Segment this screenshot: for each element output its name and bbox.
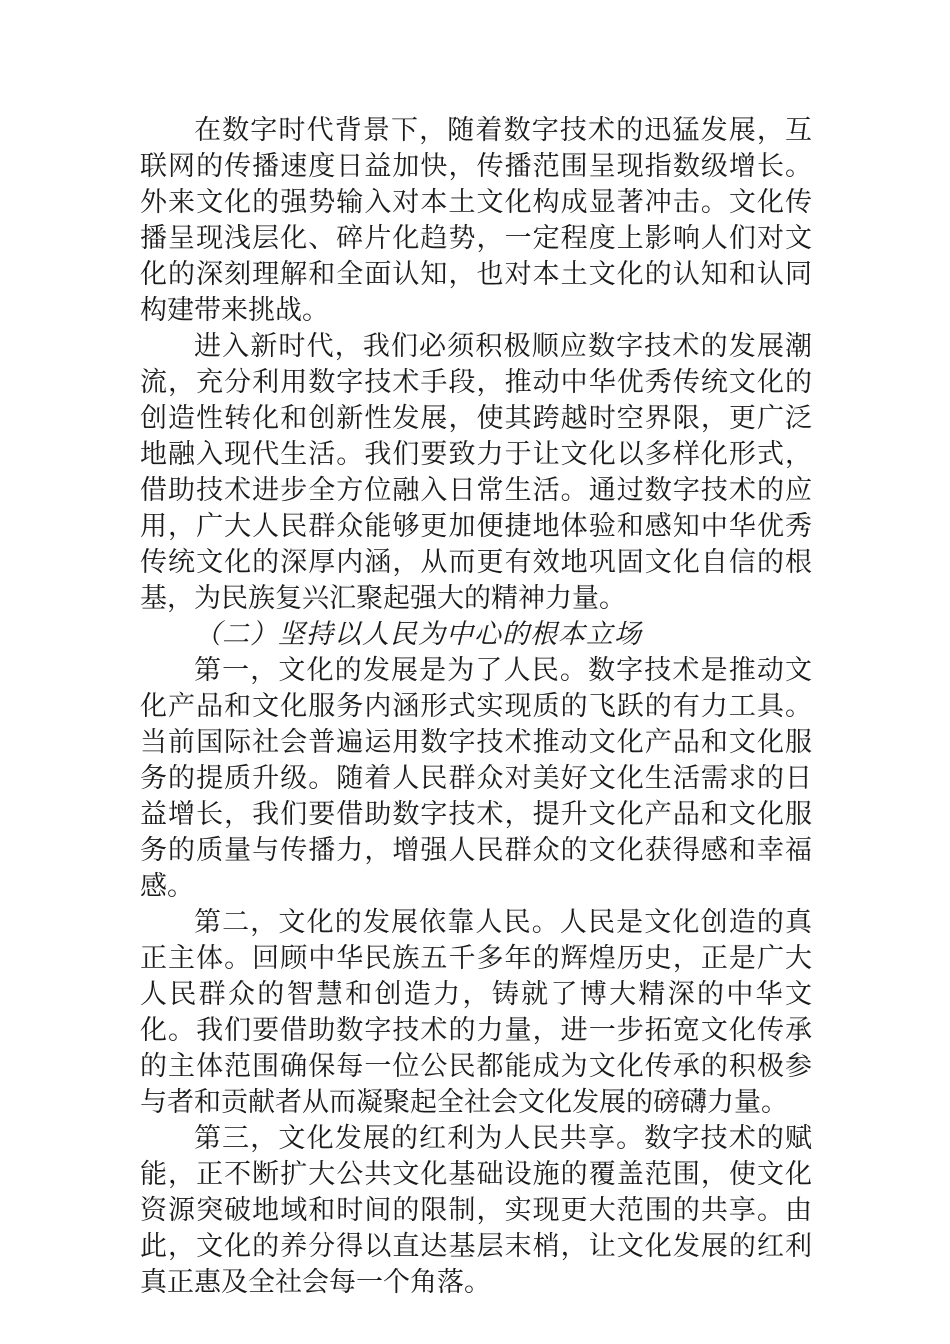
body-paragraph: 第一，文化的发展是为了人民。数字技术是推动文化产品和文化服务内涵形式实现质的飞跃… — [140, 652, 812, 904]
body-paragraph: 进入新时代，我们必须积极顺应数字技术的发展潮流，充分利用数字技术手段，推动中华优… — [140, 328, 812, 616]
section-heading: （二）坚持以人民为中心的根本立场 — [140, 616, 812, 652]
body-paragraph: 第三，文化发展的红利为人民共享。数字技术的赋能，正不断扩大公共文化基础设施的覆盖… — [140, 1120, 812, 1300]
document-page: 在数字时代背景下，随着数字技术的迅猛发展，互联网的传播速度日益加快，传播范围呈现… — [140, 112, 812, 1300]
body-paragraph: 第二，文化的发展依靠人民。人民是文化创造的真正主体。回顾中华民族五千多年的辉煌历… — [140, 904, 812, 1120]
body-paragraph: 在数字时代背景下，随着数字技术的迅猛发展，互联网的传播速度日益加快，传播范围呈现… — [140, 112, 812, 328]
